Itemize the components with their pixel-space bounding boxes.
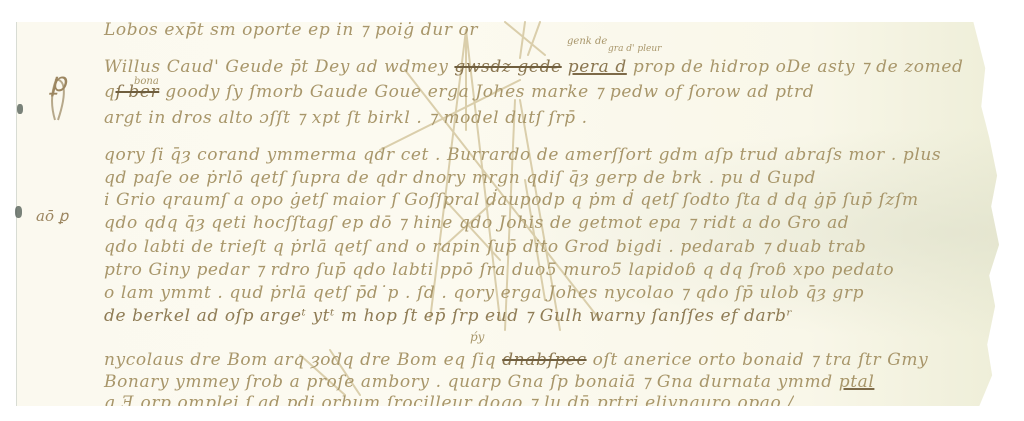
line-text: Lobos exp̄t sm oporte ep in ⁊ poiġ dur o… [104, 20, 478, 40]
manuscript-line-13: nycolaus dre Bom arq ȝodq dre Bom eq ſiq… [104, 350, 928, 370]
manuscript-line-4: argt in dros alto ɔſſt ⁊ xpt ſt birkl . … [104, 108, 588, 128]
edge-stain [17, 104, 23, 114]
struck-text: gwsdz gede [454, 57, 561, 77]
manuscript-line-14: Bonary ymmey ſrob a proſe ambory . quarp… [104, 372, 874, 392]
struck-text: ſ ber [115, 82, 159, 102]
manuscript-line-7: i Grio qraumſ a opo ġetſ maior ſ Goſſpra… [104, 190, 919, 210]
line-text: oſt anerice orto bonaid ⁊ tra ſtr Gmy [587, 350, 929, 370]
line-text: goody ſy ſmorb Gaude Goue erga Johes mar… [159, 82, 814, 102]
manuscript-line-12: de berkel ad oſp argeᵗ ytᵗ m hop ſt ep̄ … [104, 306, 793, 326]
margin-note-ao: aō ꝑ [36, 207, 68, 225]
line-text: qdo qdq q̄ȝ qeti hocſſtagſ ep dō ⁊ hine … [104, 213, 849, 233]
manuscript-line-15-cutoff: q Ǝ orp omplei ſ ad pdi orbum ſrocilleur… [104, 393, 794, 406]
manuscript-line-3: qſ ber goody ſy ſmorb Gaude Goue erga Jo… [104, 82, 814, 102]
interlinear-gloss: genk de [567, 36, 607, 47]
struck-text: dnabſpec [502, 350, 586, 370]
interlinear-gloss: ṕy [470, 330, 484, 344]
manuscript-line-8: qdo qdq q̄ȝ qeti hocſſtagſ ep dō ⁊ hine … [104, 213, 849, 233]
manuscript-line-10: ptro Giny pedar ⁊ rdro ſup̄ qdo labti pp… [104, 260, 894, 280]
line-text: Willus Caud' Geude p̄t Dey ad wdmey [104, 57, 454, 77]
manuscript-line-1: Lobos exp̄t sm oporte ep in ⁊ poiġ dur o… [104, 20, 478, 40]
interlinear-gloss: gra d' pleur [608, 44, 661, 54]
underlined-text: ptal [839, 372, 875, 392]
underlined-text: pera d [568, 57, 627, 77]
line-text: qdo labti de trieſt q ṗrlā qetſ and o ra… [104, 237, 866, 257]
line-text: q Ǝ orp omplei ſ ad pdi orbum ſrocilleur… [104, 393, 794, 406]
line-text: Bonary ymmey ſrob a proſe ambory . quarp… [104, 372, 839, 392]
edge-stain [15, 206, 22, 218]
manuscript-line-9: qdo labti de trieſt q ṗrlā qetſ and o ra… [104, 237, 866, 257]
manuscript-line-5: qory ſi q̄ȝ corand ymmerma qdr cet . Bur… [104, 145, 941, 165]
margin-mark: ꝑ [50, 68, 67, 98]
line-text: nycolaus dre Bom arq ȝodq dre Bom eq ſiq [104, 350, 502, 370]
line-text: prop de hidrop oDe asty ⁊ de zomed [627, 57, 964, 77]
manuscript-line-11: o lam ymmt . qud ṗrlā qetſ p̄d˙p . ſd . … [104, 283, 864, 303]
line-text: o lam ymmt . qud ṗrlā qetſ p̄d˙p . ſd . … [104, 283, 864, 303]
manuscript-line-2: Willus Caud' Geude p̄t Dey ad wdmey gwsd… [104, 57, 964, 77]
line-text: q [104, 82, 115, 102]
line-text: qd paſe oe ṗrlō qetſ ſupra de qdr dnory … [104, 168, 816, 188]
line-text: qory ſi q̄ȝ corand ymmerma qdr cet . Bur… [104, 145, 941, 165]
line-text: argt in dros alto ɔſſt ⁊ xpt ſt birkl . … [104, 108, 588, 128]
line-text: ptro Giny pedar ⁊ rdro ſup̄ qdo labti pp… [104, 260, 894, 280]
manuscript-line-6: qd paſe oe ṗrlō qetſ ſupra de qdr dnory … [104, 168, 816, 188]
line-text: i Grio qraumſ a opo ġetſ maior ſ Goſſpra… [104, 190, 919, 210]
line-text: de berkel ad oſp argeᵗ ytᵗ m hop ſt ep̄ … [104, 306, 793, 326]
